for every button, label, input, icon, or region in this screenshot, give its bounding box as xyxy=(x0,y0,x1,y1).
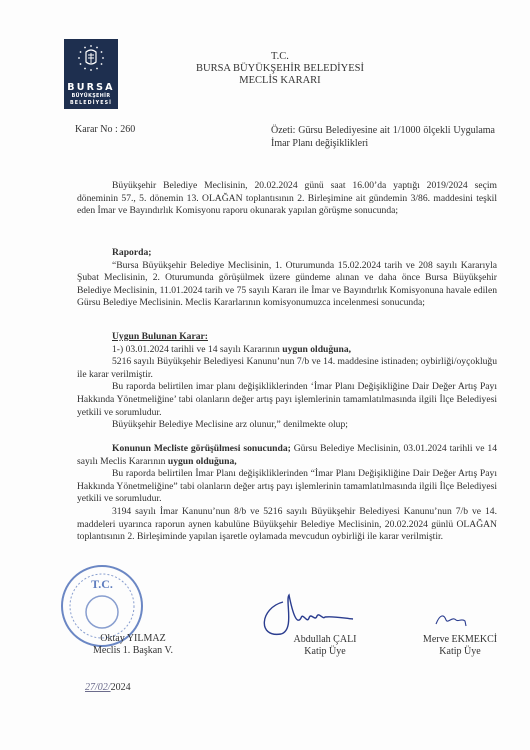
header-institution: BURSA BÜYÜKŞEHİR BELEDİYESİ xyxy=(170,63,390,75)
header-tc: T.C. xyxy=(170,51,390,63)
approved-decision-heading: Uygun Bulunan Karar: xyxy=(112,331,208,342)
intro-paragraph: Büyükşehir Belediye Meclisinin, 20.02.20… xyxy=(77,180,497,218)
logo-line-belediyesi: BELEDİYESİ xyxy=(64,101,118,106)
report-text: “Bursa Büyükşehir Belediye Meclisinin, 1… xyxy=(77,260,497,310)
discussion-result: Konunun Mecliste görüşülmesi sonucunda; … xyxy=(77,443,497,468)
logo-line-buyuksehir: BÜYÜKŞEHİR xyxy=(64,94,118,99)
decision-summary: Özeti: Gürsu Belediyesine ait 1/1000 ölç… xyxy=(271,124,495,150)
approved-item: 1-) 03.01.2024 tarihli ve 14 sayılı Kara… xyxy=(77,344,497,357)
discussion-note: Bu raporda belirtilen İmar Planı değişik… xyxy=(77,468,497,506)
approved-decision-section: Uygun Bulunan Karar: 1-) 03.01.2024 tari… xyxy=(77,331,497,432)
logo-line-bursa: BURSA xyxy=(64,82,118,93)
svg-text:T.C.: T.C. xyxy=(91,577,113,591)
report-heading: Raporda; xyxy=(77,247,497,260)
approved-law-text: 5216 sayılı Büyükşehir Belediyesi Kanunu… xyxy=(77,356,497,381)
approved-close: Büyükşehir Belediye Meclisine arz olunur… xyxy=(77,419,497,432)
report-section: Raporda; “Bursa Büyükşehir Belediye Mecl… xyxy=(77,247,497,310)
municipality-emblem-icon xyxy=(77,44,105,76)
signature-merve-ekmekci xyxy=(432,610,472,628)
final-decision: 3194 sayılı İmar Kanunu’nun 8/b ve 5216 … xyxy=(77,506,497,544)
handwritten-date: 27/02/ xyxy=(85,682,111,693)
document-page: BURSA BÜYÜKŞEHİR BELEDİYESİ T.C. BURSA B… xyxy=(0,0,530,750)
signature-abdullah-cali xyxy=(255,590,365,640)
bursa-logo: BURSA BÜYÜKŞEHİR BELEDİYESİ xyxy=(64,39,118,109)
approved-note: Bu raporda belirtilen imar planı değişik… xyxy=(77,381,497,419)
decision-date: 27/02/2024 xyxy=(85,682,131,693)
signature-block-clerk-2: Merve EKMEKCİ Katip Üye xyxy=(400,634,520,658)
decision-number: Karar No : 260 xyxy=(75,124,135,135)
council-discussion-section: Konunun Mecliste görüşülmesi sonucunda; … xyxy=(77,443,497,544)
signature-block-chair: Oktay YILMAZ Meclis 1. Başkan V. xyxy=(78,633,188,657)
printed-year: 2024 xyxy=(111,682,131,693)
header-doc-type: MECLİS KARARI xyxy=(170,75,390,87)
signature-block-clerk-1: Abdullah ÇALI Katip Üye xyxy=(265,634,385,658)
